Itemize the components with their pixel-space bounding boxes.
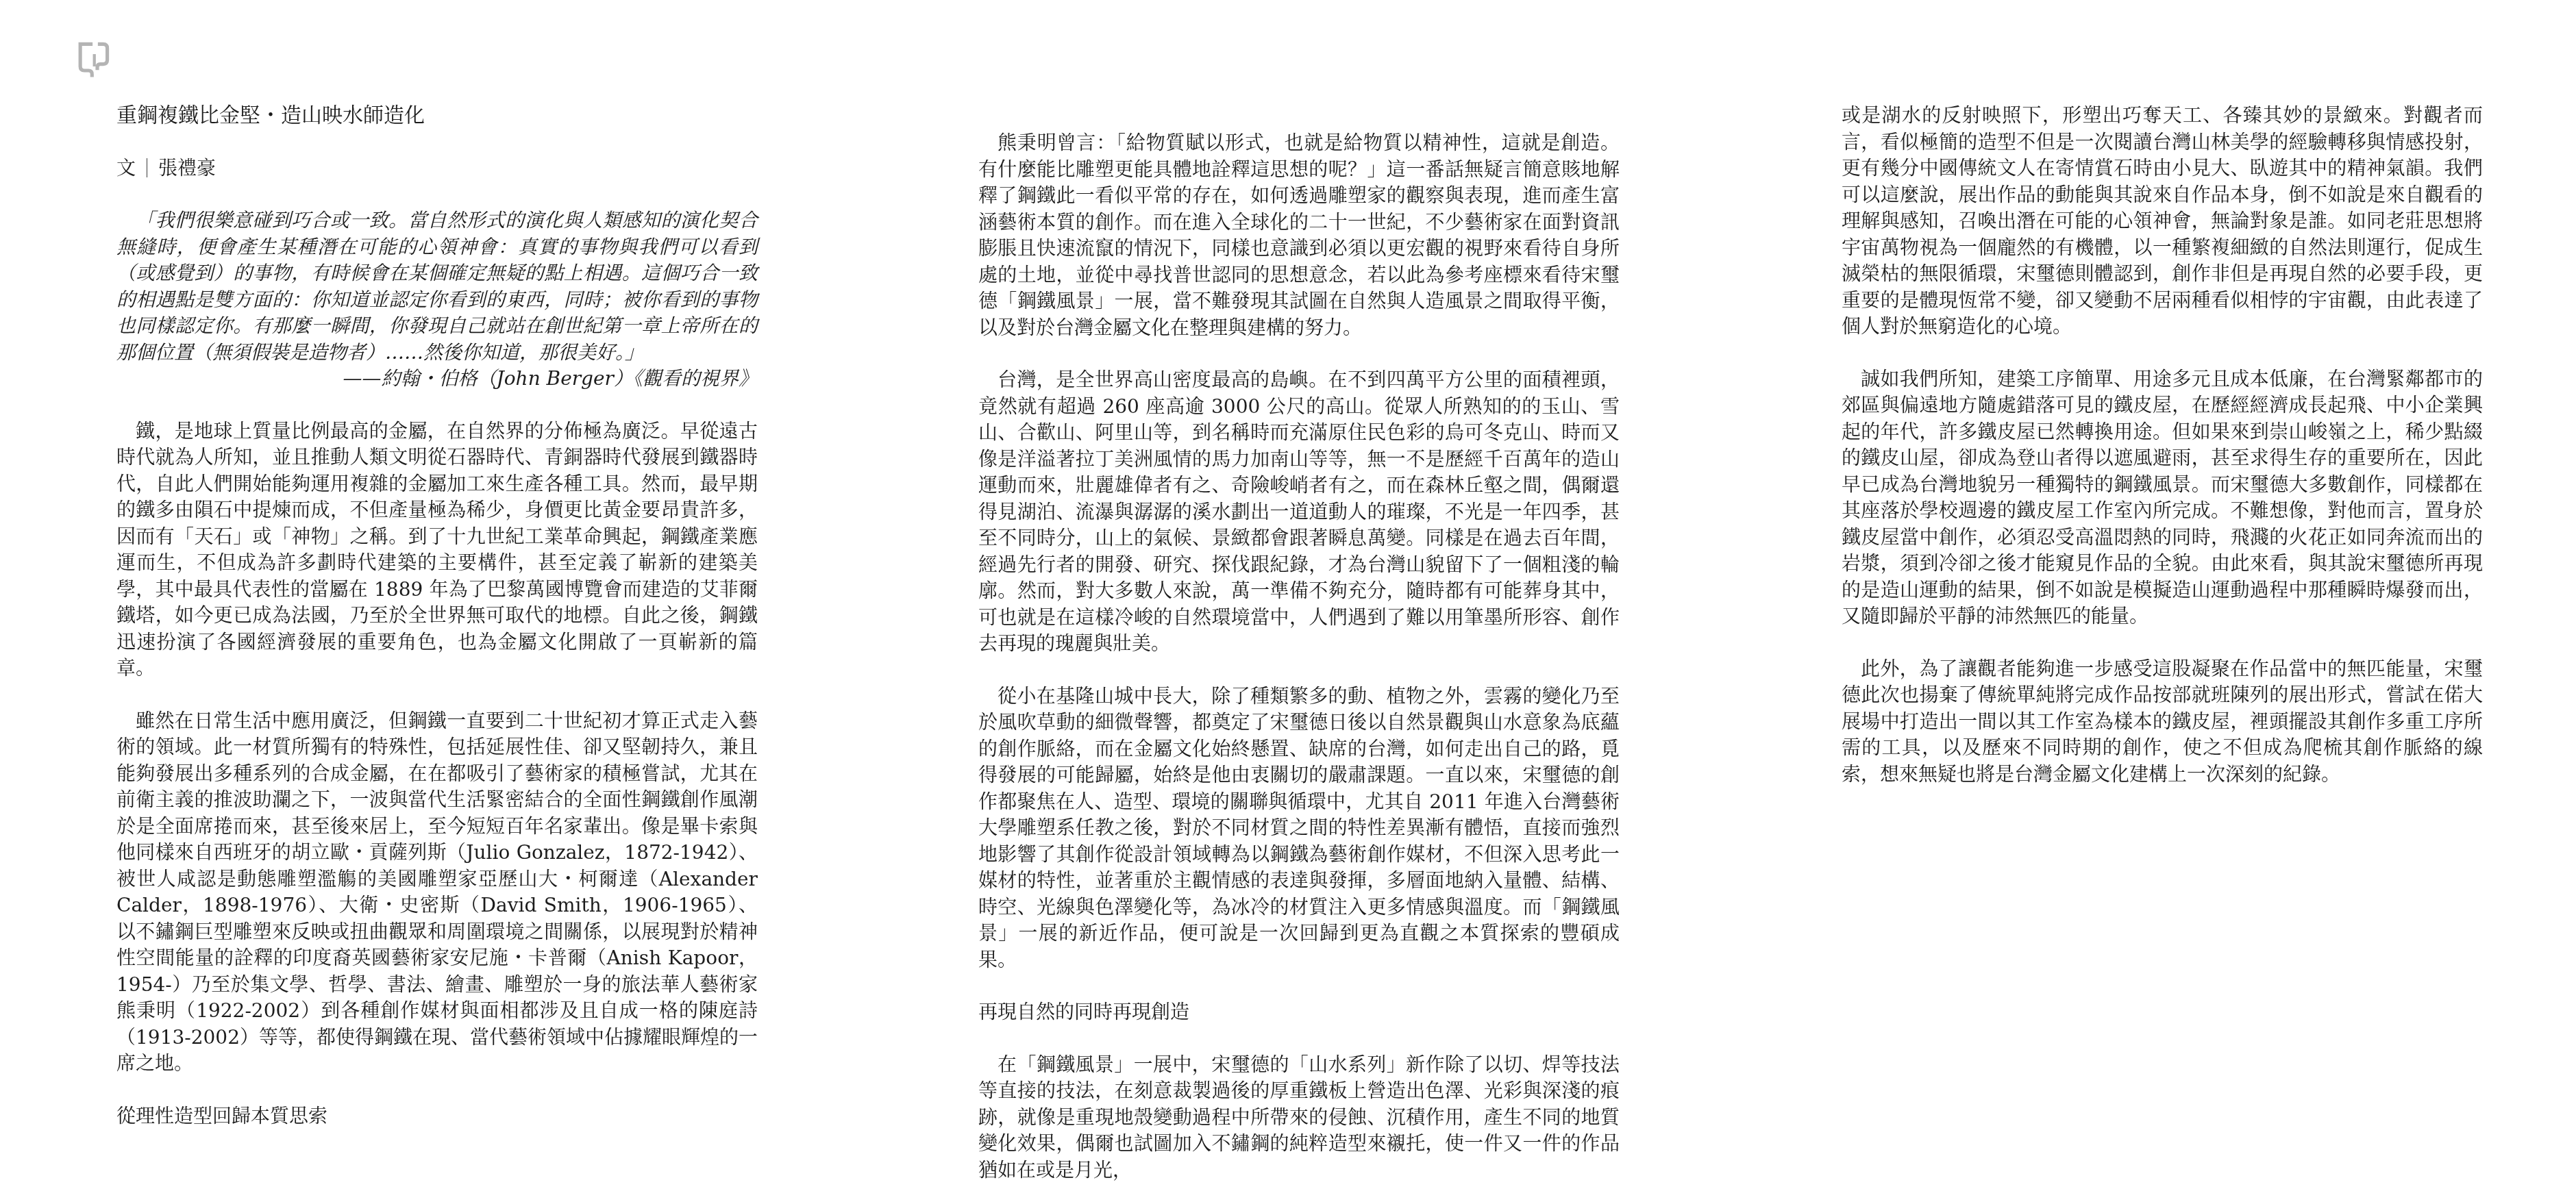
section-heading: 從理性造型回歸本質思索	[116, 1103, 758, 1130]
paragraph: 雖然在日常生活中應用廣泛，但鋼鐵一直要到二十世紀初才算正式走入藝術的領域。此一材…	[116, 708, 758, 1077]
article-title: 重鋼複鐵比金堅・造山映水師造化	[116, 103, 758, 129]
byline-prefix: 文	[116, 157, 136, 179]
column-2: 熊秉明曾言：「給物質賦以形式，也就是給物質以精神性，這就是創造。有什麼能比雕塑更…	[978, 103, 1620, 1184]
opening-quote: 「我們很樂意碰到巧合或一致。當自然形式的演化與人類感知的演化契合無縫時，便會產生…	[116, 208, 758, 366]
byline-divider	[147, 158, 147, 177]
paragraph: 從小在基隆山城中長大，除了種類繁多的動、植物之外，雲霧的變化乃至於風吹草動的細微…	[978, 684, 1620, 974]
document-page: 重鋼複鐵比金堅・造山映水師造化 文張禮豪 「我們很樂意碰到巧合或一致。當自然形式…	[0, 0, 2576, 1202]
column-1: 重鋼複鐵比金堅・造山映水師造化 文張禮豪 「我們很樂意碰到巧合或一致。當自然形式…	[116, 103, 758, 1129]
paragraph: 鐵，是地球上質量比例最高的金屬，在自然界的分佈極為廣泛。早從遠古時代就為人所知，…	[116, 418, 758, 682]
paragraph: 台灣，是全世界高山密度最高的島嶼。在不到四萬平方公里的面積裡頭，竟然就有超過 2…	[978, 367, 1620, 658]
paragraph: 此外，為了讓觀者能夠進一步感受這股凝聚在作品當中的無匹能量，宋璽德此次也揚棄了傳…	[1842, 656, 2483, 788]
byline: 文張禮豪	[116, 155, 758, 182]
paragraph: 或是湖水的反射映照下，形塑出巧奪天工、各臻其妙的景緻來。對觀者而言，看似極簡的造…	[1842, 103, 2483, 340]
open-book-logo-icon	[77, 41, 110, 79]
column-3: 或是湖水的反射映照下，形塑出巧奪天工、各臻其妙的景緻來。對觀者而言，看似極簡的造…	[1842, 103, 2483, 788]
section-heading: 再現自然的同時再現創造	[978, 999, 1620, 1026]
paragraph: 在「鋼鐵風景」一展中，宋璽德的「山水系列」新作除了以切、焊等技法等直接的技法，在…	[978, 1052, 1620, 1184]
byline-author: 張禮豪	[158, 157, 216, 179]
paragraph: 熊秉明曾言：「給物質賦以形式，也就是給物質以精神性，這就是創造。有什麼能比雕塑更…	[978, 130, 1620, 341]
paragraph: 誠如我們所知，建築工序簡單、用途多元且成本低廉，在台灣緊鄰都市的郊區與偏遠地方隨…	[1842, 366, 2483, 630]
quote-attribution: ——約翰・伯格（John Berger）《觀看的視界》	[116, 366, 758, 392]
